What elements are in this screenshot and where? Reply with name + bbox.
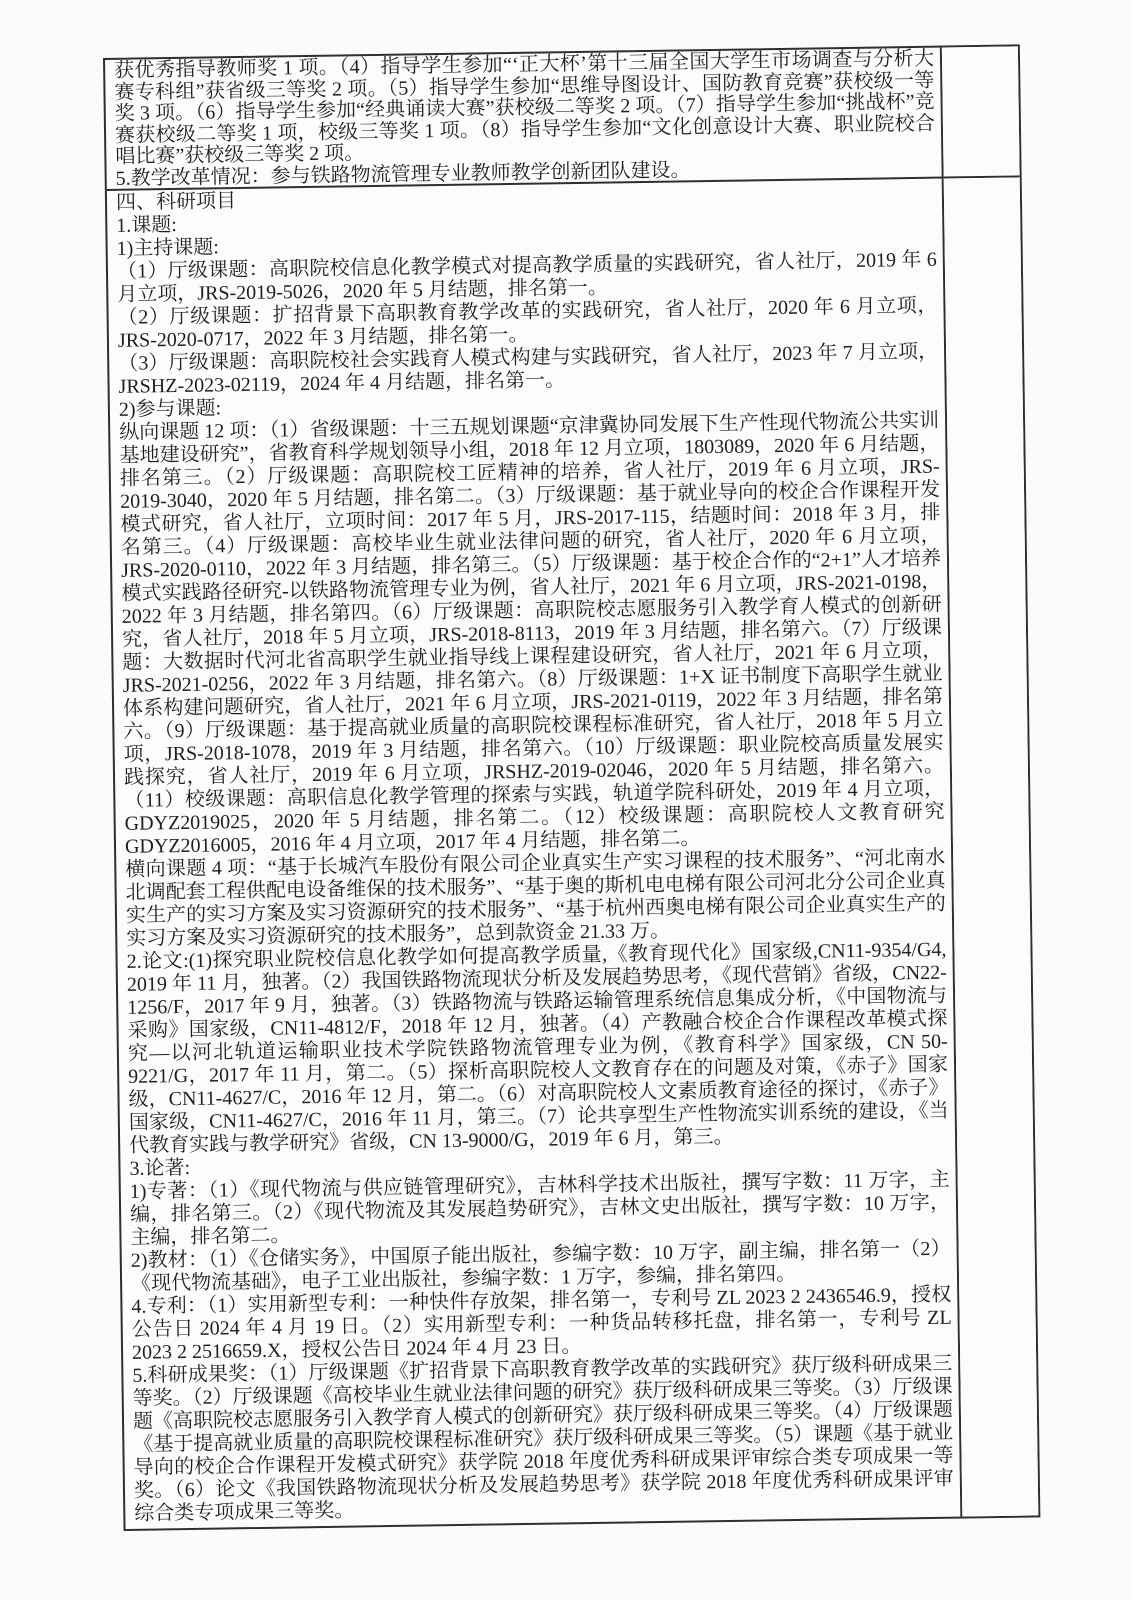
side-empty-cell-row1 (942, 46, 1020, 178)
cv-table: 获优秀指导教师奖 1 项。（4）指导学生参加“‘正大杯’第十三届全国大学生市场调… (103, 44, 1040, 1531)
scanned-document-page: 获优秀指导教师奖 1 项。（4）指导学生参加“‘正大杯’第十三届全国大学生市场调… (0, 0, 1131, 1600)
paragraph-achievement-awards: 5.科研成果奖：（1）厅级课题《扩招背景下高职教育教学改革的实践研究》获厅级科研… (132, 1353, 954, 1526)
research-section-cell: 四、科研项目 1.课题: 1)主持课题: （1）厅级课题：高职院校信息化教学模式… (107, 179, 963, 1529)
paragraph-student-competition-awards: 获优秀指导教师奖 1 项。（4）指导学生参加“‘正大杯’第十三届全国大学生市场调… (114, 49, 935, 169)
paragraph-vertical-projects: 纵向课题 12 项：（1）省级课题：十三五规划课题“京津冀协同发展下生产性现代物… (119, 410, 945, 859)
paragraph-papers: 2.论文:(1)探究职业院校信息化教学如何提高教学质量,《教育现代化》国家级,C… (126, 939, 949, 1158)
paragraph-patents: 4.专利：（1）实用新型专利：一种快件存放架，排名第一，专利号 ZL 2023 … (131, 1284, 952, 1365)
teaching-section-cell: 获优秀指导教师奖 1 项。（4）指导学生参加“‘正大杯’第十三届全国大学生市场调… (105, 48, 944, 191)
paragraph-monographs: 1)专著：（1）《现代物流与供应链管理研究》，吉林科学技术出版社，撰写字数：11… (130, 1169, 951, 1250)
paragraph-horizontal-projects: 横向课题 4 项：“基于长城汽车股份有限公司企业真实生产实习课程的技术服务”、“… (125, 847, 946, 951)
